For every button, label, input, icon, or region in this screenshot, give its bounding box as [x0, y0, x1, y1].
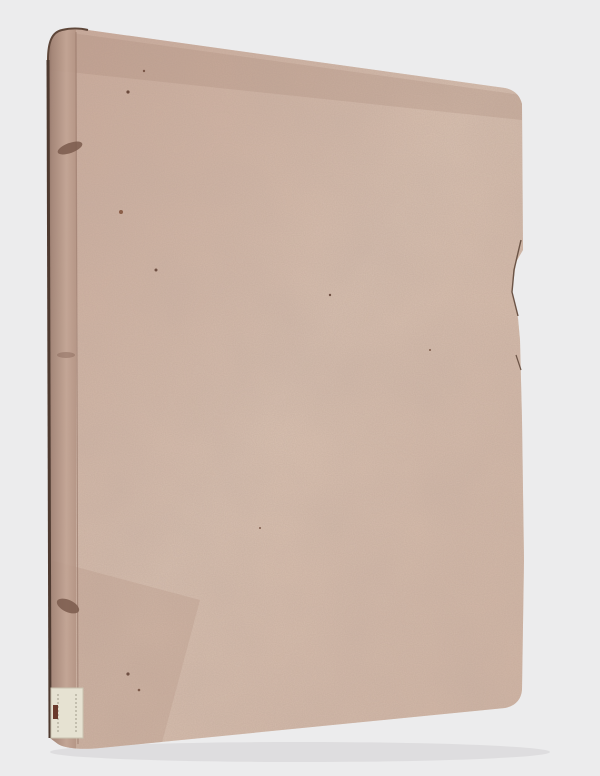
spine-label [51, 688, 83, 738]
book-cover [0, 0, 600, 776]
photo-stage: 2 Antique book, plain paper cover with s… [0, 0, 600, 776]
book: 2 Antique book, plain paper cover with s… [0, 0, 600, 776]
book-illustration [0, 0, 600, 776]
